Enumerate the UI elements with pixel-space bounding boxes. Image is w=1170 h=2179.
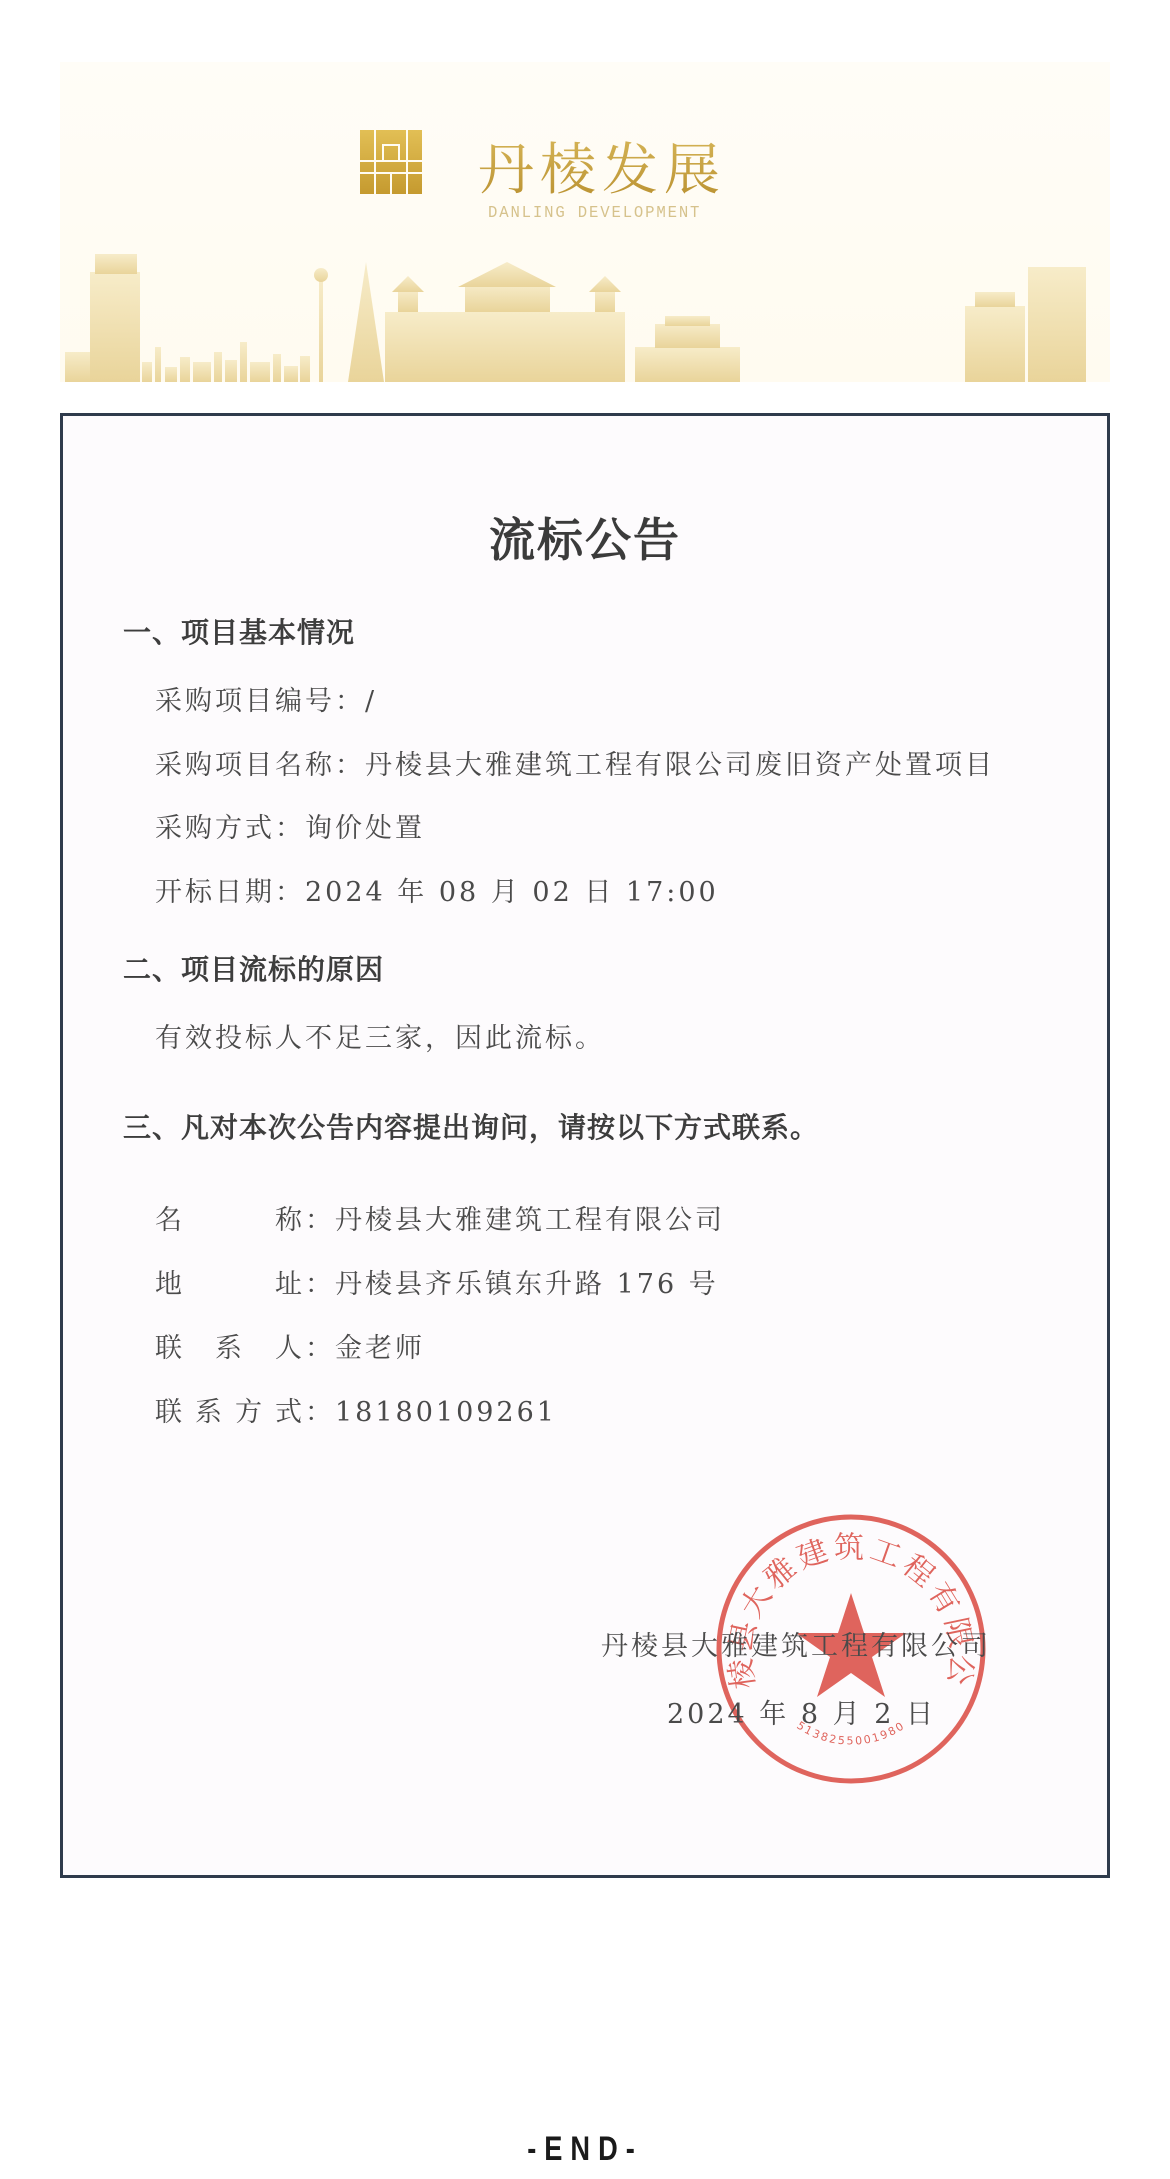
failure-reason: 有效投标人不足三家，因此流标。 (155, 1016, 605, 1055)
project-name: 采购项目名称：丹棱县大雅建筑工程有限公司废旧资产处置项目 (155, 743, 995, 782)
project-number: 采购项目编号：/ (155, 679, 377, 718)
bid-opening-date: 开标日期：2024 年 08 月 02 日 17:00 (155, 870, 719, 909)
brand-name-chinese: 丹棱发展 (478, 126, 726, 206)
section-heading-failure-reason: 二、项目流标的原因 (123, 948, 384, 988)
contact-label: 联系方式 (155, 1390, 305, 1429)
header-banner: 丹棱发展 DANLING DEVELOPMENT (60, 62, 1110, 382)
brand-name-english: DANLING DEVELOPMENT (488, 204, 701, 223)
colon: ： (305, 1262, 335, 1301)
contact-value: 丹棱县大雅建筑工程有限公司 (335, 1205, 725, 1236)
signature-company: 丹棱县大雅建筑工程有限公司 (601, 1624, 991, 1663)
contact-phone-row: 联系方式：18180109261 (155, 1390, 557, 1429)
contact-name-row: 名称：丹棱县大雅建筑工程有限公司 (155, 1198, 725, 1237)
contact-label: 名称 (155, 1198, 305, 1237)
colon: ： (305, 1390, 335, 1429)
contact-value: 金老师 (335, 1333, 425, 1364)
colon: ： (305, 1326, 335, 1365)
contact-value: 丹棱县齐乐镇东升路 176 号 (335, 1269, 719, 1300)
notice-title: 流标公告 (63, 504, 1107, 570)
contact-label: 地址 (155, 1262, 305, 1301)
end-marker: -END- (117, 2130, 1053, 2169)
colon: ： (305, 1198, 335, 1237)
contact-value: 18180109261 (335, 1397, 557, 1428)
procurement-method: 采购方式：询价处置 (155, 806, 425, 845)
signature-date: 2024 年 8 月 2 日 (667, 1692, 936, 1731)
failed-bid-notice: 流标公告 一、项目基本情况 采购项目编号：/ 采购项目名称：丹棱县大雅建筑工程有… (60, 413, 1110, 1878)
contact-address-row: 地址：丹棱县齐乐镇东升路 176 号 (155, 1262, 719, 1301)
contact-label: 联系人 (155, 1326, 305, 1365)
danling-logo-icon (360, 130, 422, 194)
contact-person-row: 联系人：金老师 (155, 1326, 425, 1365)
section-heading-contact: 三、凡对本次公告内容提出询问，请按以下方式联系。 (123, 1106, 819, 1146)
section-heading-basic-info: 一、项目基本情况 (123, 611, 355, 651)
